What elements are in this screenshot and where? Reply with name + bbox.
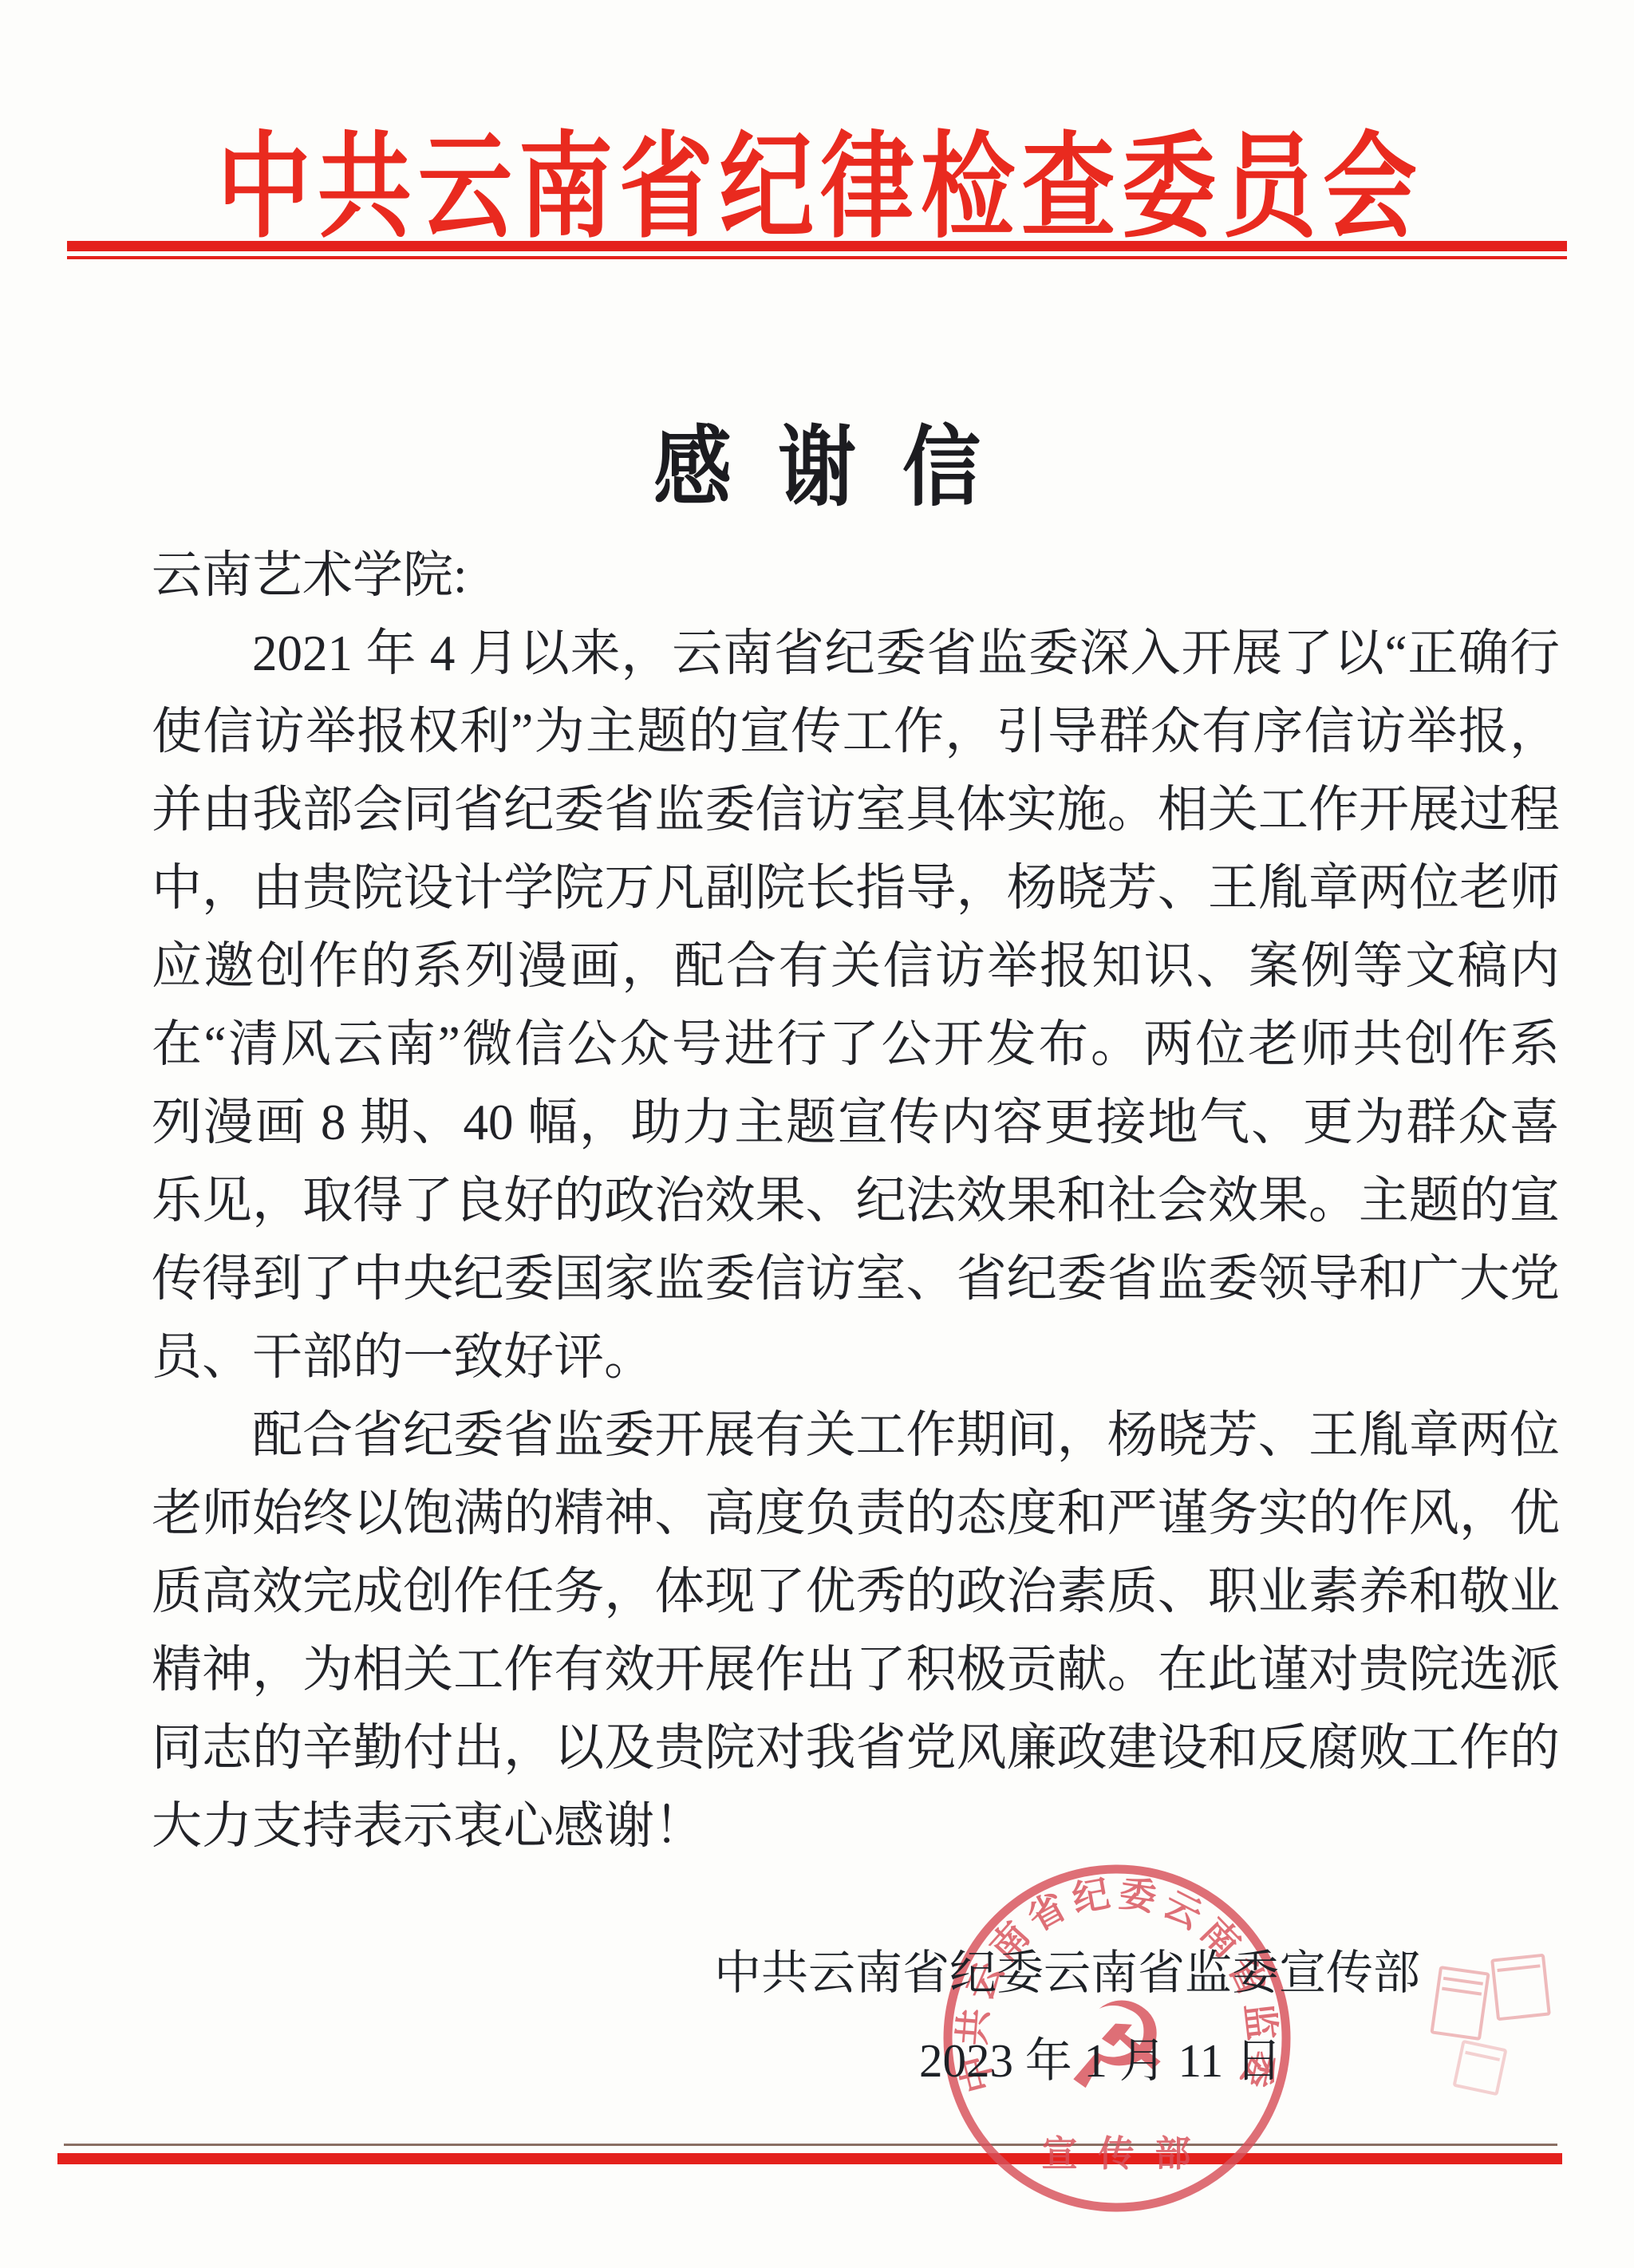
letterhead-title: 中共云南省纪律检查委员会	[0, 94, 1634, 259]
body-line: 员、干部的一致好评。	[152, 1318, 1560, 1396]
letter-page: 中共云南省纪律检查委员会 感谢信 云南艺术学院: 2021 年 4 月以来，云南…	[0, 0, 1634, 2268]
body-line: 应邀创作的系列漫画，配合有关信访举报知识、案例等文稿内容，	[152, 927, 1560, 1005]
body-line: 并由我部会同省纪委省监委信访室具体实施。相关工作开展过程	[152, 771, 1560, 849]
body-line: 精神，为相关工作有效开展作出了积极贡献。在此谨对贵院选派	[152, 1631, 1560, 1709]
signature-date: 2023 年 1 月 11 日	[919, 2021, 1282, 2100]
body-line: 在“清风云南”微信公众号进行了公开发布。两位老师共创作系	[152, 1005, 1560, 1083]
body-line: 同志的辛勤付出，以及贵院对我省党风廉政建设和反腐败工作的	[152, 1709, 1560, 1787]
body-line: 配合省纪委省监委开展有关工作期间，杨晓芳、王胤章两位	[152, 1396, 1560, 1474]
body-line: 列漫画 8 期、40 幅，助力主题宣传内容更接地气、更为群众喜闻	[152, 1083, 1560, 1162]
body-line: 使信访举报权利”为主题的宣传工作，引导群众有序信访举报，	[152, 692, 1560, 771]
stamp-fragment	[1490, 1954, 1551, 2021]
header-rule-thin	[67, 256, 1567, 259]
salutation: 云南艺术学院:	[152, 536, 1560, 614]
body-line: 乐见，取得了良好的政治效果、纪法效果和社会效果。主题的宣	[152, 1162, 1560, 1240]
stamp-fragment	[1430, 1966, 1490, 2041]
footer-rule-thin	[64, 2144, 1557, 2146]
body-line: 老师始终以饱满的精神、高度负责的态度和严谨务实的作风，优	[152, 1474, 1560, 1552]
letter-body: 云南艺术学院: 2021 年 4 月以来，云南省纪委省监委深入开展了以“正确行 …	[152, 536, 1560, 1865]
signature-org: 中共云南省纪委云南省监委宣传部	[714, 1934, 1420, 2012]
body-line: 传得到了中央纪委国家监委信访室、省纪委省监委领导和广大党	[152, 1240, 1560, 1318]
body-line: 2021 年 4 月以来，云南省纪委省监委深入开展了以“正确行	[152, 614, 1560, 692]
letter-title: 感谢信	[0, 397, 1634, 523]
body-line: 中，由贵院设计学院万凡副院长指导，杨晓芳、王胤章两位老师	[152, 849, 1560, 927]
body-line: 质高效完成创作任务，体现了优秀的政治素质、职业素养和敬业	[152, 1552, 1560, 1631]
stamp-fragment	[1452, 2040, 1507, 2096]
body-line: 大力支持表示衷心感谢！	[152, 1787, 1560, 1865]
header-rule-thick	[67, 241, 1567, 251]
footer-rule-thick	[57, 2153, 1562, 2164]
